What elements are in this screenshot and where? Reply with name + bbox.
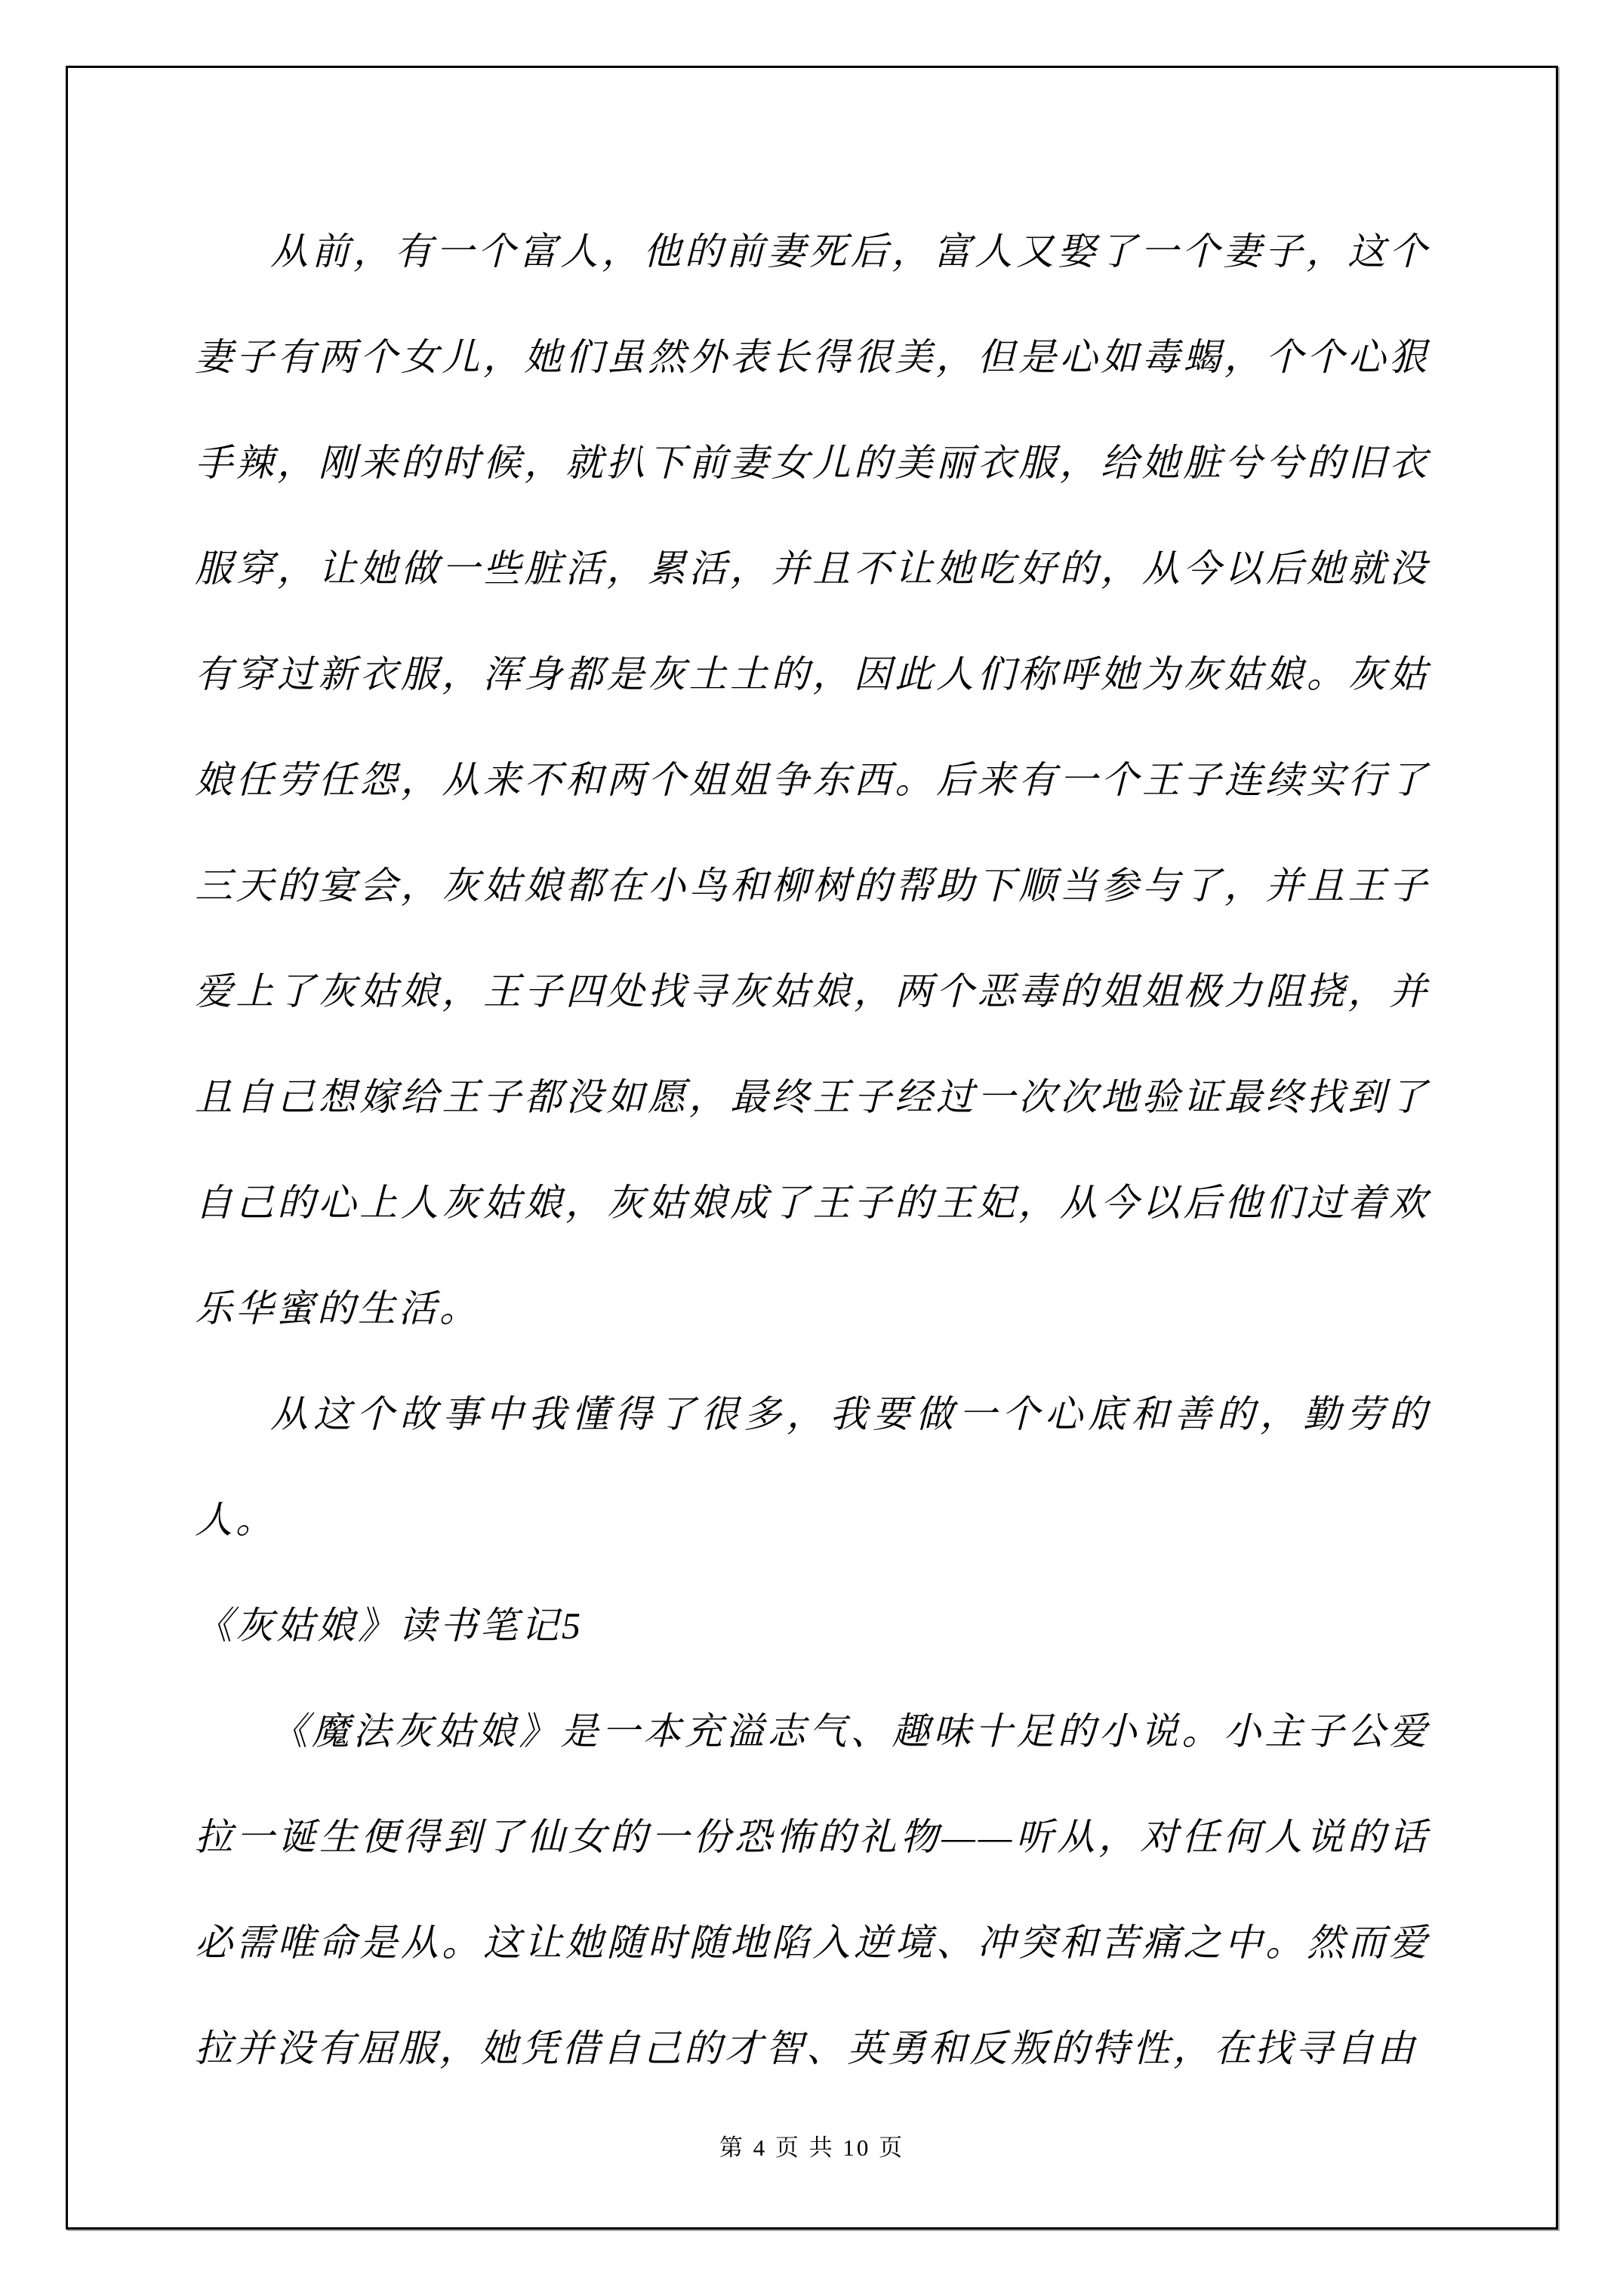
page-border: 从前，有一个富人，他的前妻死后，富人又娶了一个妻子，这个妻子有两个女儿，她们虽然… xyxy=(66,66,1558,2230)
paragraph-story-body: 从前，有一个富人，他的前妻死后，富人又娶了一个妻子，这个妻子有两个女儿，她们虽然… xyxy=(195,199,1430,1361)
paragraph-lesson: 从这个故事中我懂得了很多，我要做一个心底和善的，勤劳的人。 xyxy=(195,1361,1430,1573)
page-number-label: 第 4 页 共 10 页 xyxy=(719,2134,904,2161)
section-heading-note-5: 《灰姑娘》读书笔记5 xyxy=(195,1573,1430,1678)
document-content: 从前，有一个富人，他的前妻死后，富人又娶了一个妻子，这个妻子有两个女儿，她们虽然… xyxy=(195,199,1430,2101)
page-footer: 第 4 页 共 10 页 xyxy=(68,2133,1556,2163)
paragraph-magic-cinderella: 《魔法灰姑娘》是一本充溢志气、趣味十足的小说。小主子公爱拉一诞生便得到了仙女的一… xyxy=(195,1678,1430,2101)
